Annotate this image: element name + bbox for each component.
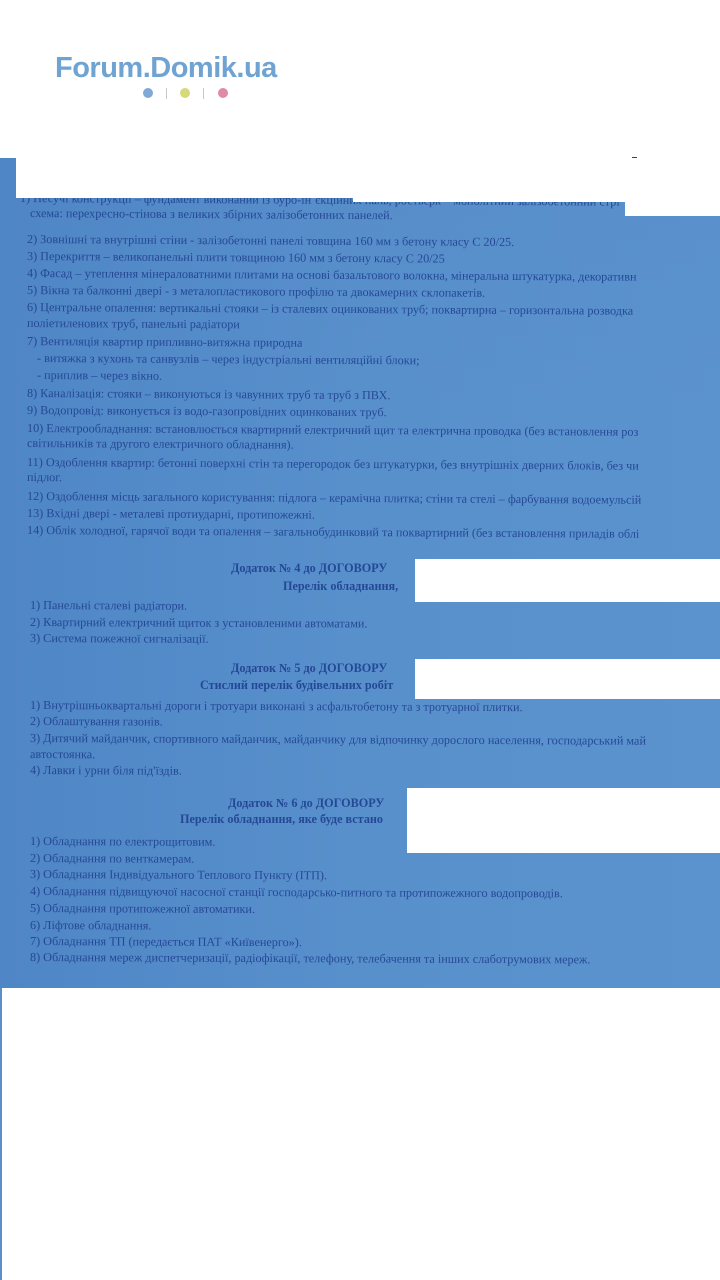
annex6-item: 4) Обладнання підвищуючої насосної станц…	[30, 884, 563, 901]
document-photo: 1) Несучі конструкції – фундамент викона…	[0, 158, 720, 988]
doc-line: 7) Вентиляція квартир припливно-витяжна …	[27, 334, 303, 351]
annex6-item: 8) Обладнання мереж диспетчеризації, рад…	[30, 950, 591, 967]
doc-line: 12) Оздоблення місць загального користув…	[27, 489, 641, 508]
forum-logo[interactable]: Forum.Domik.ua	[55, 52, 325, 84]
photo-edge	[0, 988, 2, 1280]
annex5-item: 4) Лавки і урни біля під'їздів.	[30, 763, 182, 779]
annex4-item: 2) Квартирний електричний щиток з устано…	[30, 615, 368, 631]
annex6-item: 2) Обладнання по венткамерам.	[30, 851, 194, 867]
doc-line: 13) Вхідні двері - металеві протиударні,…	[27, 506, 315, 523]
annex5-subtitle: Стислий перелік будівельних робіт	[200, 678, 393, 693]
doc-line: підлог.	[27, 470, 62, 485]
doc-line: 14) Облік холодної, гарячої води та опал…	[27, 523, 639, 542]
annex4-item: 1) Панельні сталеві радіатори.	[30, 598, 187, 614]
annex6-item: 6) Ліфтове обладнання.	[30, 918, 152, 934]
doc-line: світильників та другого електричного обл…	[27, 436, 294, 453]
redaction-box	[415, 659, 720, 699]
annex6-item: 7) Обладнання ТП (передається ПАТ «Київе…	[30, 934, 302, 950]
doc-line: 2) Зовнішні та внутрішні стіни - залізоб…	[27, 232, 514, 250]
doc-line: - приплив – через вікно.	[37, 368, 162, 384]
doc-line: 4) Фасад – утеплення мінераловатними пли…	[27, 266, 637, 285]
annex5-item: 1) Внутрішньоквартальні дороги і тротуар…	[30, 698, 523, 715]
redaction-box	[353, 158, 625, 202]
annex4-title: Додаток № 4 до ДОГОВОРУ	[231, 561, 387, 576]
doc-line: 11) Оздоблення квартир: бетонні поверхні…	[27, 455, 639, 474]
doc-line: поліетиленових труб, панельні радіатори	[27, 316, 240, 332]
redaction-box	[16, 158, 353, 198]
annex6-item: 5) Обладнання протипожежної автоматики.	[30, 901, 255, 917]
redaction-box	[415, 559, 720, 602]
doc-line: 3) Перекриття – великопанельні плити тов…	[27, 249, 445, 267]
logo-dots	[143, 88, 243, 100]
doc-line: схема: перехресно-стінова з великих збір…	[30, 206, 393, 223]
logo-separator	[166, 88, 167, 99]
annex4-item: 3) Система пожежної сигналізації.	[30, 631, 209, 647]
redaction-box	[407, 788, 720, 853]
doc-line: 8) Каналізація: стояки – виконуються із …	[27, 386, 391, 403]
annex6-subtitle: Перелік обладнання, яке буде встано	[180, 812, 383, 827]
annex5-item: 2) Облаштування газонів.	[30, 714, 163, 730]
annex5-item: 3) Дитячий майданчик, спортивного майдан…	[30, 731, 646, 749]
annex4-subtitle: Перелік обладнання,	[283, 579, 398, 594]
logo-dot-blue	[143, 88, 153, 98]
doc-line: 9) Водопровід: виконується із водо-газоп…	[27, 403, 387, 420]
logo-text: Forum.Domik.ua	[55, 52, 325, 84]
annex6-title: Додаток № 6 до ДОГОВОРУ	[228, 796, 384, 811]
annex5-item: автостоянка.	[30, 747, 95, 762]
annex6-item: 3) Обладнання Індивідуального Теплового …	[30, 867, 327, 883]
doc-line: 5) Вікна та балконні двері - з металопла…	[27, 283, 485, 301]
redaction-box	[625, 158, 720, 216]
logo-dot-pink	[218, 88, 228, 98]
annex5-title: Додаток № 5 до ДОГОВОРУ	[231, 661, 387, 676]
doc-line: - витяжка з кухонь та санвузлів – через …	[37, 351, 420, 368]
logo-separator	[203, 88, 204, 99]
annex6-item: 1) Обладнання по електрощитовим.	[30, 834, 215, 850]
logo-dot-yellow	[180, 88, 190, 98]
